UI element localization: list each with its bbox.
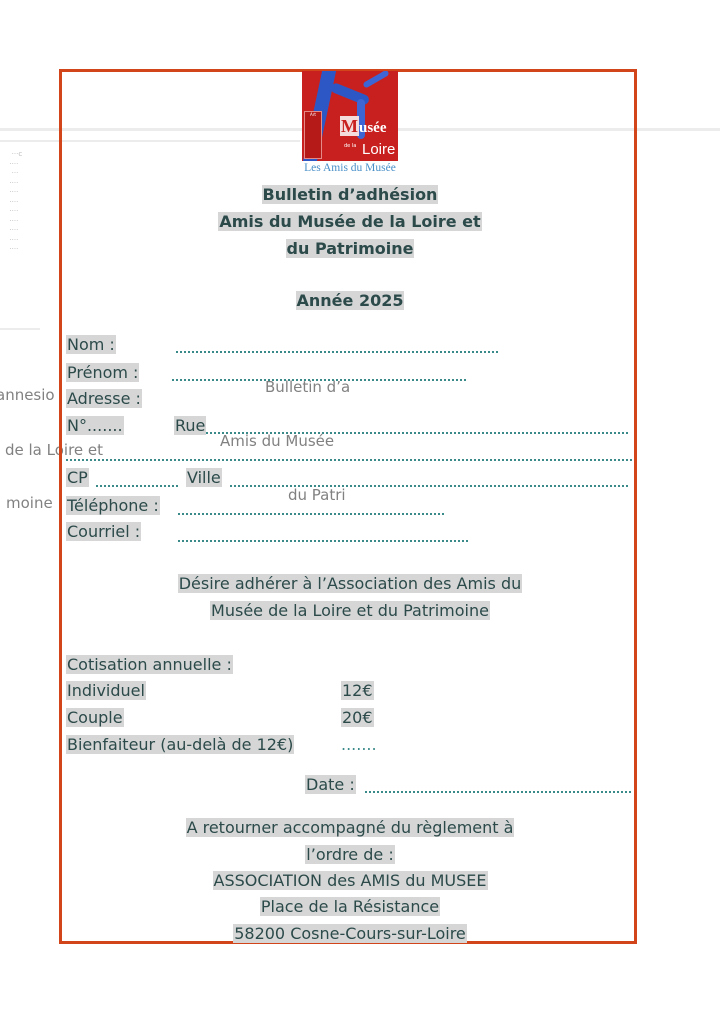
- ghost-text-left: annesio: [0, 388, 55, 403]
- cotisation-row-amount: 20€: [341, 708, 374, 728]
- logo-musee-text: Musée: [340, 119, 387, 136]
- courriel-label: Courriel :: [66, 522, 141, 542]
- return-line-3: ASSOCIATION des AMIS du MUSEE: [0, 871, 700, 891]
- statement-line-1: Désire adhérer à l’Association des Amis …: [0, 574, 700, 594]
- cp-label: CP: [66, 468, 89, 488]
- telephone-label: Téléphone :: [66, 496, 160, 516]
- title-line-2: Amis du Musée de la Loire et: [0, 212, 700, 232]
- rue-label: Rue: [174, 416, 206, 436]
- date-field[interactable]: [365, 791, 633, 793]
- title-line-3: du Patrimoine: [0, 239, 700, 259]
- cotisation-row-label: Couple: [66, 708, 124, 728]
- cotisation-row-label: Bienfaiteur (au-delà de 12€): [66, 735, 294, 755]
- logo-band: Art: [304, 111, 322, 159]
- prenom-label: Prénom :: [66, 363, 139, 383]
- prenom-field[interactable]: [172, 379, 468, 381]
- numero-label: N°.......: [66, 416, 124, 436]
- cotisation-row-label: Individuel: [66, 681, 146, 701]
- nom-field[interactable]: [176, 351, 500, 353]
- cotisation-title: Cotisation annuelle :: [66, 655, 233, 675]
- cotisation-row-amount: 12€: [341, 681, 374, 701]
- return-line-2: l’ordre de :: [0, 845, 700, 865]
- logo-caption: Les Amis du Musée: [0, 162, 700, 174]
- adresse-label: Adresse :: [66, 389, 142, 409]
- rue-field[interactable]: [206, 432, 630, 434]
- bienfaiteur-amount-field[interactable]: .......: [341, 735, 377, 755]
- year-heading: Année 2025: [0, 291, 700, 311]
- logo: Art Musée de la Loire: [302, 71, 398, 161]
- return-line-1: A retourner accompagné du règlement à: [0, 818, 700, 838]
- ghost-text-left: moine: [6, 496, 53, 511]
- adresse-line-2-field[interactable]: [66, 459, 632, 461]
- logo-river-shape: [362, 71, 389, 89]
- title-line-1: Bulletin d’adhésion: [0, 185, 700, 205]
- nom-label: Nom :: [66, 335, 116, 355]
- scan-artifact-line: [0, 328, 40, 330]
- telephone-field[interactable]: [178, 513, 446, 515]
- statement-line-2: Musée de la Loire et du Patrimoine: [0, 601, 700, 621]
- cp-field[interactable]: [96, 485, 180, 487]
- courriel-field[interactable]: [178, 540, 468, 542]
- ville-label: Ville: [186, 468, 222, 488]
- return-line-5: 58200 Cosne-Cours-sur-Loire: [0, 924, 700, 944]
- return-line-4: Place de la Résistance: [0, 897, 700, 917]
- logo-de-la-text: de la: [344, 143, 356, 149]
- date-label: Date :: [305, 775, 356, 795]
- logo-loire-text: Loire: [362, 141, 395, 158]
- ville-field[interactable]: [230, 485, 630, 487]
